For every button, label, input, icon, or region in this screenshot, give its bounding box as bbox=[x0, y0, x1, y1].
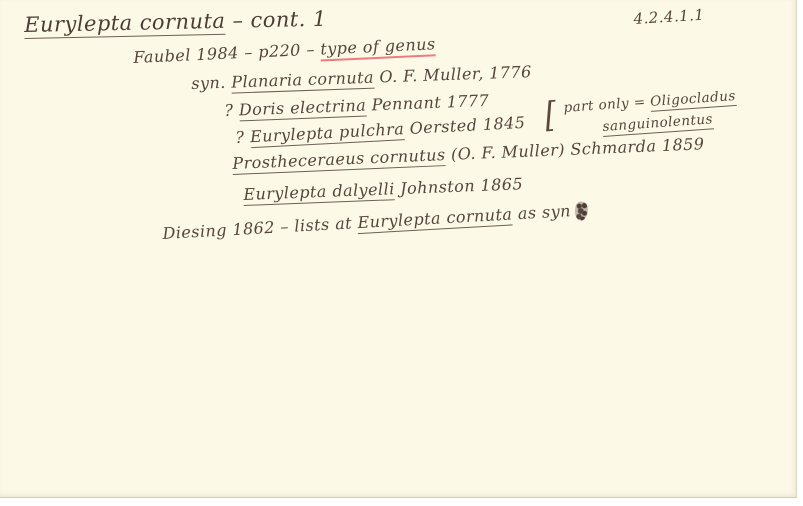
underlined-text: type of genus bbox=[320, 34, 436, 61]
underlined-text: Doris electrina bbox=[239, 96, 367, 122]
handwritten-line-bracket: [ bbox=[543, 95, 559, 136]
text-segment: Faubel 1984 – p220 – bbox=[133, 40, 321, 67]
text-segment: part only = bbox=[563, 94, 651, 116]
underlined-text: Prostheceraeus cornutus bbox=[232, 145, 446, 175]
handwritten-line-note2: sanguinolentus bbox=[602, 111, 713, 135]
handwritten-line-title: Eurylepta cornuta – cont. 1 bbox=[24, 7, 327, 37]
scribble-mark bbox=[574, 201, 589, 221]
text-segment: [ bbox=[543, 95, 559, 136]
handwritten-line-ref: Faubel 1984 – p220 – type of genus bbox=[133, 34, 436, 67]
text-segment: Diesing 1862 – lists at bbox=[162, 213, 358, 243]
underlined-text: sanguinolentus bbox=[602, 111, 713, 137]
underlined-text: Eurylepta cornuta bbox=[24, 9, 226, 39]
text-segment: Oersted 1845 bbox=[404, 113, 526, 138]
underlined-text: Eurylepta cornuta bbox=[357, 204, 513, 234]
underlined-text: Eurylepta dalyelli bbox=[243, 179, 395, 206]
text-segment: as syn bbox=[512, 201, 572, 223]
text-segment: (O. F. Muller) Schmarda 1859 bbox=[445, 134, 705, 164]
handwritten-line-catalog: 4.2.4.1.1 bbox=[633, 6, 705, 28]
index-card: Eurylepta cornuta – cont. 14.2.4.1.1Faub… bbox=[0, 0, 797, 498]
handwritten-line-syn2: ? Doris electrina Pennant 1777 bbox=[224, 91, 490, 120]
text-segment: – cont. 1 bbox=[225, 7, 327, 33]
text-segment: syn. bbox=[191, 73, 232, 93]
text-segment: Pennant 1777 bbox=[366, 91, 490, 115]
handwritten-line-diesing: Diesing 1862 – lists at Eurylepta cornut… bbox=[162, 200, 588, 244]
text-segment: Johnston 1865 bbox=[394, 174, 523, 198]
text-segment: ? bbox=[224, 100, 239, 120]
text-segment: 4.2.4.1.1 bbox=[633, 6, 705, 28]
handwritten-line-syn1: syn. Planaria cornuta O. F. Muller, 1776 bbox=[191, 62, 532, 93]
underlined-text: Planaria cornuta bbox=[231, 68, 374, 94]
underlined-text: Oligocladus bbox=[650, 88, 737, 112]
handwritten-line-syn5: Eurylepta dalyelli Johnston 1865 bbox=[243, 174, 523, 204]
underlined-text: Eurylepta pulchra bbox=[250, 119, 405, 148]
text-segment: O. F. Muller, 1776 bbox=[374, 62, 533, 87]
text-segment: ? bbox=[235, 127, 251, 147]
